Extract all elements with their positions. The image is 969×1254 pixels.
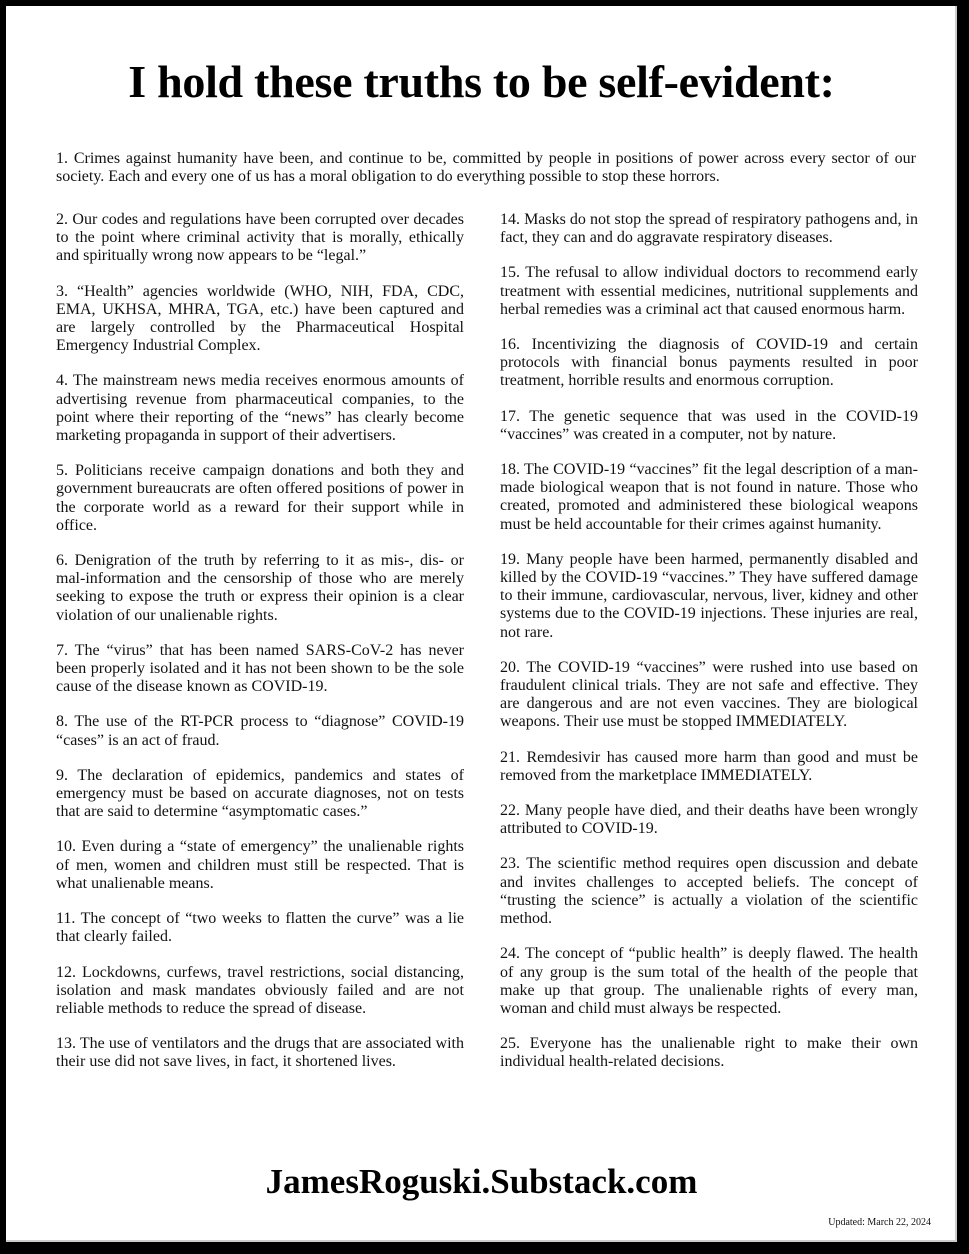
list-item: 3. “Health” agencies worldwide (WHO, NIH… <box>56 283 464 356</box>
list-item: 20. The COVID-19 “vaccines” were rushed … <box>500 659 918 732</box>
left-column: 2. Our codes and regulations have been c… <box>56 211 464 1089</box>
list-item: 5. Politicians receive campaign donation… <box>56 462 464 535</box>
list-item: 24. The concept of “public health” is de… <box>500 945 918 1018</box>
list-item: 13. The use of ventilators and the drugs… <box>56 1035 464 1071</box>
list-item: 4. The mainstream news media receives en… <box>56 372 464 445</box>
list-item: 18. The COVID-19 “vaccines” fit the lega… <box>500 461 918 534</box>
right-column: 14. Masks do not stop the spread of resp… <box>500 211 918 1089</box>
list-item: 15. The refusal to allow individual doct… <box>500 264 918 319</box>
list-item: 6. Denigration of the truth by referring… <box>56 552 464 625</box>
list-item: 8. The use of the RT-PCR process to “dia… <box>56 713 464 749</box>
list-item-1: 1. Crimes against humanity have been, an… <box>56 150 916 186</box>
list-item: 25. Everyone has the unalienable right t… <box>500 1035 918 1071</box>
list-item: 11. The concept of “two weeks to flatten… <box>56 910 464 946</box>
list-item: 22. Many people have died, and their dea… <box>500 802 918 838</box>
list-item: 2. Our codes and regulations have been c… <box>56 211 464 266</box>
footer-site-name: JamesRoguski.Substack.com <box>6 1162 957 1202</box>
list-item: 19. Many people have been harmed, perman… <box>500 551 918 642</box>
updated-date: Updated: March 22, 2024 <box>828 1217 931 1228</box>
list-item: 21. Remdesivir has caused more harm than… <box>500 749 918 785</box>
list-item: 14. Masks do not stop the spread of resp… <box>500 211 918 247</box>
list-item: 16. Incentivizing the diagnosis of COVID… <box>500 336 918 391</box>
list-item: 12. Lockdowns, curfews, travel restricti… <box>56 964 464 1019</box>
list-item: 7. The “virus” that has been named SARS-… <box>56 642 464 697</box>
list-item: 9. The declaration of epidemics, pandemi… <box>56 767 464 822</box>
list-item: 23. The scientific method requires open … <box>500 855 918 928</box>
page-title: I hold these truths to be self-evident: <box>6 56 957 108</box>
document-page: I hold these truths to be self-evident: … <box>6 6 957 1242</box>
list-item: 17. The genetic sequence that was used i… <box>500 408 918 444</box>
list-item: 10. Even during a “state of emergency” t… <box>56 838 464 893</box>
